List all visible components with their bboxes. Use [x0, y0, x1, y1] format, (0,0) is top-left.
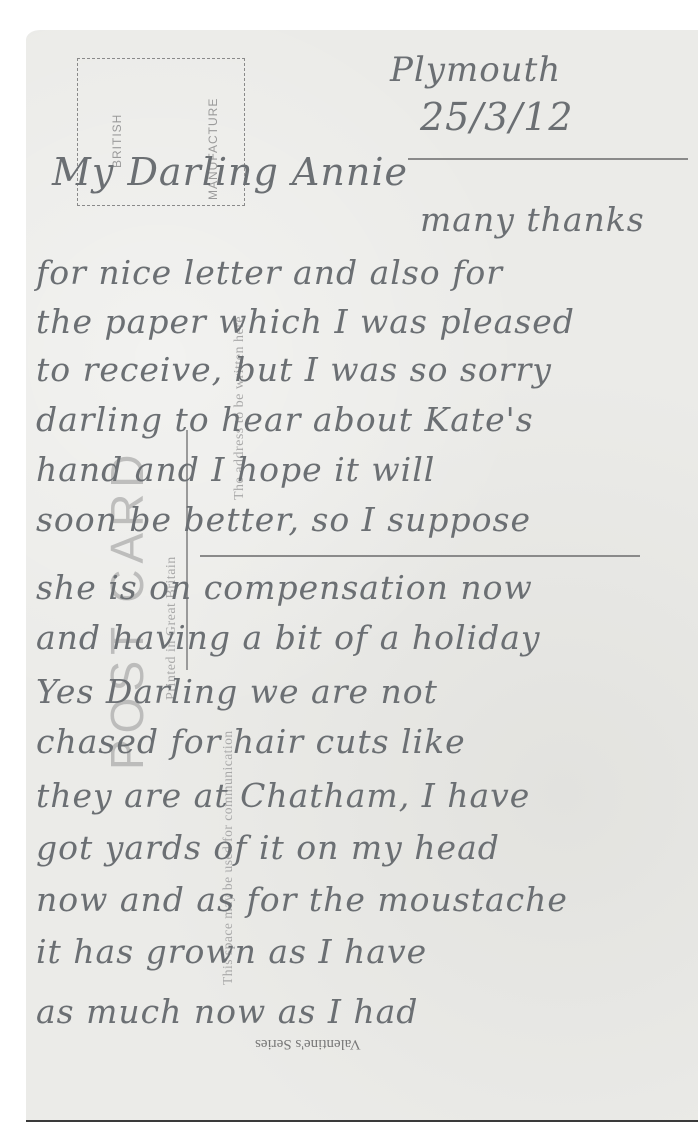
- letter-line: the paper which I was pleased: [36, 302, 575, 341]
- letter-line: many thanks: [420, 200, 645, 239]
- letter-line: for nice letter and also for: [36, 253, 503, 292]
- letter-line: now and as for the moustache: [36, 880, 568, 919]
- address-line-bottom: [200, 555, 640, 557]
- letter-line: got yards of it on my head: [36, 828, 500, 867]
- letter-line: darling to hear about Kate's: [36, 400, 534, 439]
- letter-line: as much now as I had: [36, 992, 418, 1031]
- letter-place: Plymouth: [390, 50, 561, 90]
- letter-line: chased for hair cuts like: [36, 722, 466, 761]
- letter-line: it has grown as I have: [36, 932, 427, 971]
- letter-line: and having a bit of a holiday: [36, 618, 541, 657]
- address-line-top: [408, 158, 688, 160]
- letter-line: they are at Chatham, I have: [36, 776, 530, 815]
- letter-date: 25/3/12: [420, 95, 574, 139]
- letter-salutation: My Darling Annie: [52, 150, 408, 194]
- publisher-imprint: Valentine's Series: [255, 1035, 361, 1052]
- letter-line: hand and I hope it will: [36, 450, 435, 489]
- letter-line: she is on compensation now: [36, 568, 533, 607]
- letter-line: Yes Darling we are not: [36, 672, 438, 711]
- letter-line: to receive, but I was so sorry: [36, 350, 552, 389]
- letter-line: soon be better, so I suppose: [36, 500, 531, 539]
